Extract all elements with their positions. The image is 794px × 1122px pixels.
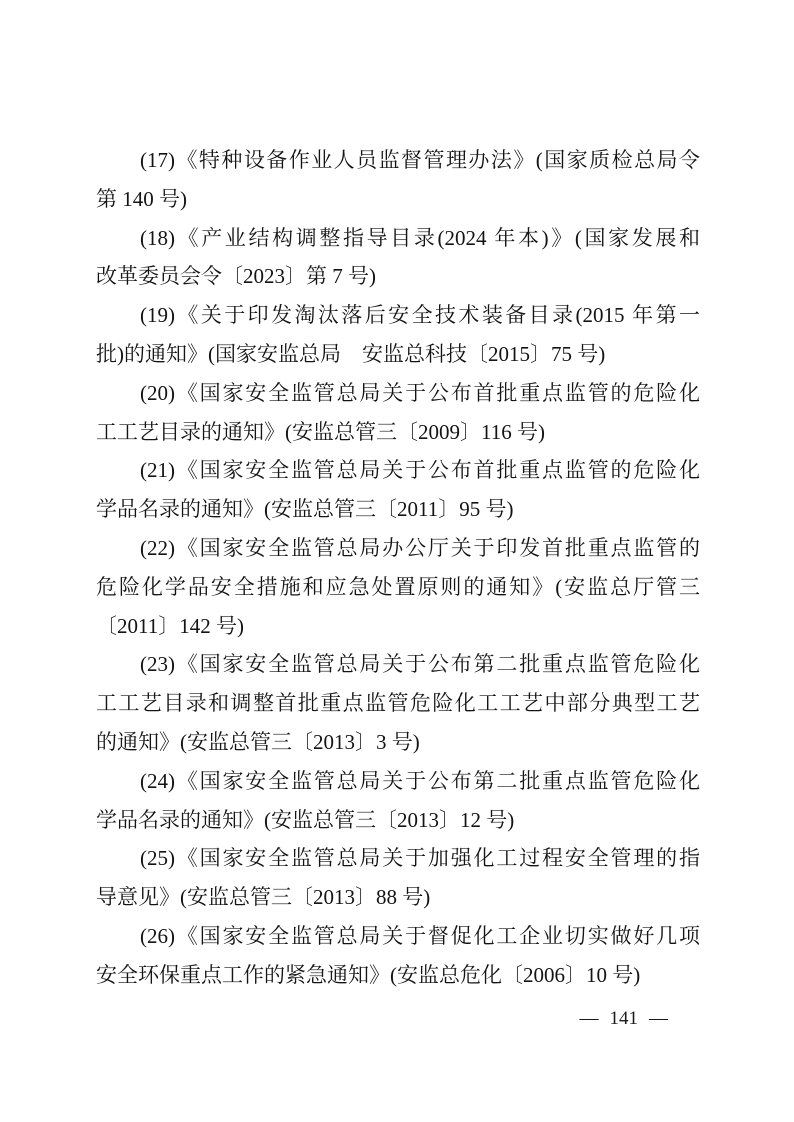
text-line: (21)《国家安全监管总局关于公布首批重点监管的危险化 <box>96 451 700 490</box>
text-line: 危险化学品安全措施和应急处置原则的通知》(安监总厅管三 <box>96 568 700 607</box>
text-line: (23)《国家安全监管总局关于公布第二批重点监管危险化 <box>96 645 700 684</box>
text-line: 工工艺目录和调整首批重点监管危险化工工艺中部分典型工艺 <box>96 684 700 723</box>
text-line: (24)《国家安全监管总局关于公布第二批重点监管危险化 <box>96 762 700 801</box>
text-line: 学品名录的通知》(安监总管三〔2013〕12 号) <box>96 801 700 840</box>
text-line: (20)《国家安全监管总局关于公布首批重点监管的危险化 <box>96 374 700 413</box>
text-line: 〔2011〕142 号) <box>96 607 700 646</box>
text-line: 导意见》(安监总管三〔2013〕88 号) <box>96 878 700 917</box>
text-line: 改革委员会令〔2023〕第 7 号) <box>96 257 700 296</box>
document-page: (17)《特种设备作业人员监督管理办法》(国家质检总局令第 140 号)(18)… <box>0 0 794 1122</box>
text-line: (19)《关于印发淘汰落后安全技术装备目录(2015 年第一 <box>96 296 700 335</box>
page-number: 141 <box>610 1008 639 1029</box>
text-line: (26)《国家安全监管总局关于督促化工企业切实做好几项 <box>96 917 700 956</box>
text-line: 的通知》(安监总管三〔2013〕3 号) <box>96 723 700 762</box>
text-line: 第 140 号) <box>96 180 700 219</box>
text-line: (17)《特种设备作业人员监督管理办法》(国家质检总局令 <box>96 141 700 180</box>
text-line: (22)《国家安全监管总局办公厅关于印发首批重点监管的 <box>96 529 700 568</box>
footer-right-dash: — <box>649 1008 668 1029</box>
footer-left-dash: — <box>580 1008 599 1029</box>
text-line: (18)《产业结构调整指导目录(2024 年本)》(国家发展和 <box>96 219 700 258</box>
page-footer: —141— <box>580 1007 669 1031</box>
text-line: 安全环保重点工作的紧急通知》(安监总危化〔2006〕10 号) <box>96 956 700 995</box>
text-line: (25)《国家安全监管总局关于加强化工过程安全管理的指 <box>96 839 700 878</box>
text-block: (17)《特种设备作业人员监督管理办法》(国家质检总局令第 140 号)(18)… <box>96 141 700 995</box>
text-line: 工工艺目录的通知》(安监总管三〔2009〕116 号) <box>96 413 700 452</box>
text-line: 学品名录的通知》(安监总管三〔2011〕95 号) <box>96 490 700 529</box>
text-line: 批)的通知》(国家安监总局 安监总科技〔2015〕75 号) <box>96 335 700 374</box>
